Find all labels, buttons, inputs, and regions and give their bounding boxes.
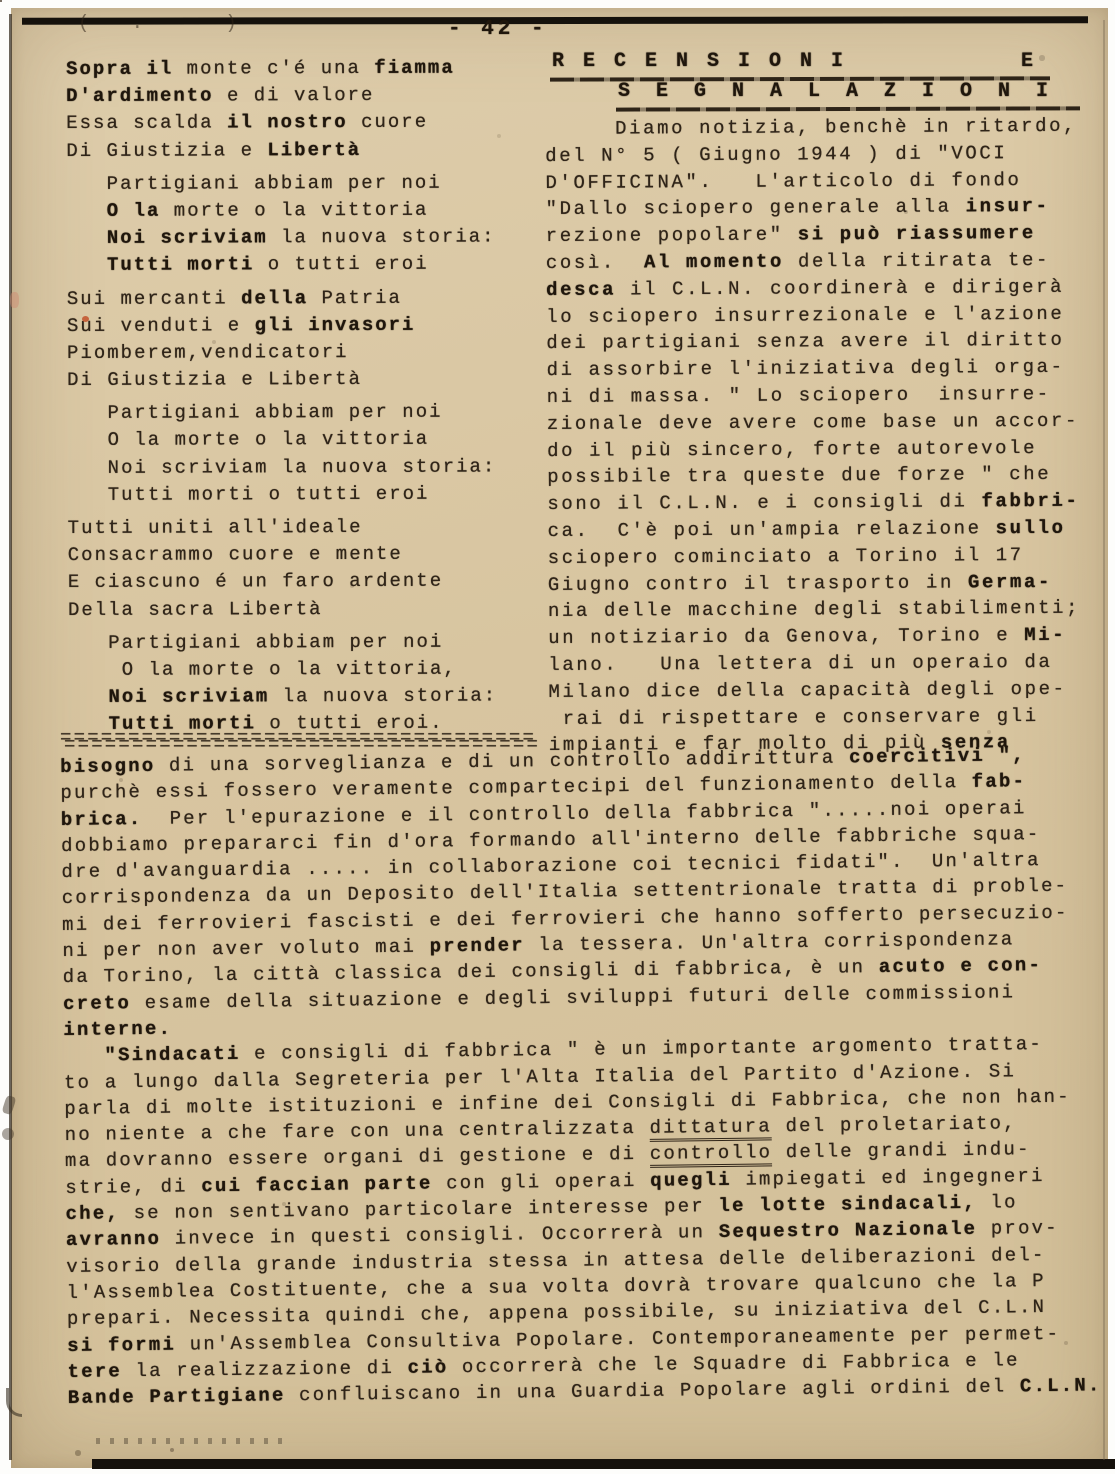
review-line: sciopero cominciato a Torino il 17 — [548, 541, 1080, 571]
review-line: Giugno contro il trasporto in Germa- — [548, 568, 1080, 598]
poem-stanza: Partigiani abbiam per noi O la morte o l… — [68, 628, 497, 738]
poem-line: Noi scriviam la nuova storia: — [67, 224, 496, 253]
poem-line: Tutti morti o tutti eroi — [67, 480, 496, 509]
scan-edge-bottom-bar — [92, 1459, 1115, 1469]
poem-line: Partigiani abbiam per noi — [67, 399, 496, 428]
poem-line: Partigiani abbiam per noi — [66, 169, 495, 198]
review-line: un notiziario da Genova, Torino e Mi- — [548, 622, 1080, 652]
scan-edge-right-line — [1103, 20, 1105, 1460]
poem-line: Sui mercanti della Patria — [67, 284, 496, 313]
review-line: del N° 5 ( Giugno 1944 ) di "VOCI — [545, 140, 1077, 170]
bottom-faint-dots — [96, 1438, 286, 1444]
review-line: dei partigiani senza avere il diritto — [546, 327, 1078, 357]
poem-line: E ciascuno é un faro ardente — [68, 568, 497, 597]
review-line: zionale deve avere come base un accor- — [547, 408, 1079, 438]
poem-line: Partigiani abbiam per noi — [68, 628, 497, 657]
poem-line: Sopra il monte c'é una fiamma — [66, 55, 495, 84]
poem-line: Sui venduti e gli invasori — [67, 311, 496, 340]
review-line: possibile tra queste due forze " che — [547, 461, 1079, 491]
poem-line: O la morte o la vittoria, — [68, 655, 497, 684]
review-line: sono il C.L.N. e i consigli di fabbri- — [547, 488, 1079, 518]
poem-line: Di Giustizia e Libertà — [66, 136, 495, 165]
poem-line: Della sacra Libertà — [68, 595, 497, 624]
poem-line: O la morte o la vittoria — [67, 426, 496, 455]
page-number: - 42 - — [448, 18, 548, 41]
poem-line: Noi scriviam la nuova storia: — [67, 453, 496, 482]
section-header-line2: SEGNALAZIONI — [618, 80, 1074, 103]
poem-line: O la morte o la vittoria — [66, 196, 495, 225]
poem-line: Tutti morti o tutti eroi — [67, 251, 496, 280]
review-text-column: Diamo notizia, benchè in ritardo,del N° … — [545, 113, 1081, 759]
poem-line: Consacrammo cuore e mente — [68, 541, 497, 570]
section-header-recensioni: RECENSIONI — [552, 50, 862, 73]
scan-edge-left-line — [9, 14, 12, 1460]
scanned-document-page: ( . ) - 42 - Sopra il monte c'é una fiam… — [0, 0, 1115, 1474]
review-line: "Dallo sciopero generale alla insur- — [545, 193, 1077, 223]
review-line: rai di rispettare e conservare gli — [549, 702, 1081, 732]
review-line: D'OFFICINA". L'articolo di fondo — [545, 166, 1077, 196]
review-line: di assorbire l'iniziativa degli orga- — [546, 354, 1078, 384]
review-line: nia delle macchine degli stabilimenti; — [548, 595, 1080, 625]
review-line: Diamo notizia, benchè in ritardo, — [545, 113, 1077, 143]
poem-line: Di Giustizia e Libertà — [67, 366, 496, 395]
poem-stanza: Partigiani abbiam per noi O la morte o l… — [67, 399, 496, 509]
section-header-e: E — [1021, 50, 1052, 73]
pink-edge-smudge — [10, 292, 19, 308]
review-line: ni di massa. " Lo sciopero insurre- — [547, 381, 1079, 411]
review-line: ca. C'è poi un'ampia relazione sullo — [547, 515, 1079, 545]
full-width-text-block: bisogno di una sorveglianza e di un cont… — [60, 741, 1102, 1411]
section-header-line1: RECENSIONI E — [552, 50, 1052, 73]
poem-line: Tutti uniti all'ideale — [68, 514, 497, 543]
poem-line: Piomberem,vendicatori — [67, 338, 496, 367]
poem-line: D'ardimento e di valore — [66, 82, 495, 111]
poem-stanza: Partigiani abbiam per noi O la morte o l… — [66, 169, 495, 279]
review-line: così. Al momento della ritirata te- — [546, 247, 1078, 277]
paper-noise-speckles — [0, 0, 2, 2]
review-line: lo sciopero insurrezionale e l'azione — [546, 300, 1078, 330]
review-line: Milano dice della capacità degli ope- — [548, 675, 1080, 705]
review-line: lano. Una lettera di un operaio da — [548, 649, 1080, 679]
poem-stanza: Sopra il monte c'é una fiammaD'ardimento… — [66, 55, 495, 165]
poem-stanza: Sui mercanti della PatriaSui venduti e g… — [67, 284, 496, 394]
poem-line: Essa scalda il nostro cuore — [66, 109, 495, 138]
review-line: rezione popolare" si può riassumere — [546, 220, 1078, 250]
poem-stanza: Tutti uniti all'idealeConsacrammo cuore … — [68, 514, 497, 624]
review-line: do il più sincero, forte autorevole — [547, 434, 1079, 464]
stray-typed-marks: ( . ) — [78, 12, 239, 34]
review-line: desca il C.L.N. coordinerà e dirigerà — [546, 274, 1078, 304]
partisan-song-column: Sopra il monte c'é una fiammaD'ardimento… — [66, 55, 497, 745]
orange-ink-speck — [82, 316, 89, 322]
poem-line: Noi scriviam la nuova storia: — [68, 683, 497, 712]
left-margin-mark-2 — [2, 1128, 14, 1140]
